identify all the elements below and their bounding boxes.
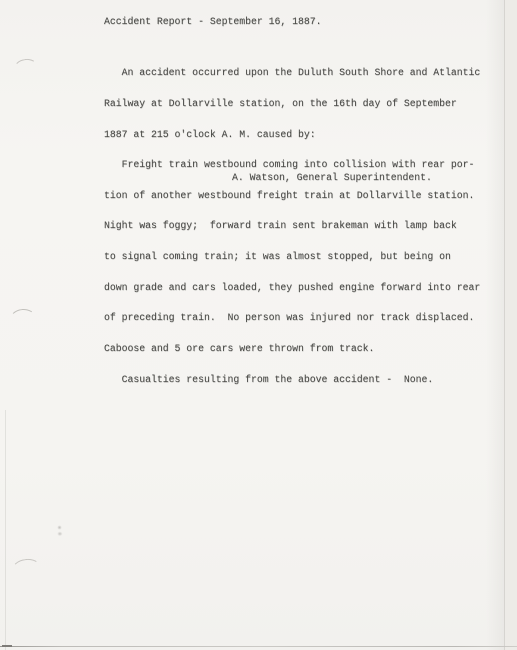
scan-edge-bottom-line	[0, 646, 517, 647]
body-line: Railway at Dollarville station, on the 1…	[104, 99, 480, 109]
scanned-document-page: Accident Report - September 16, 1887. An…	[0, 0, 517, 650]
body-line: tion of another westbound freight train …	[104, 191, 480, 201]
body-line: Caboose and 5 ore cars were thrown from …	[104, 344, 480, 354]
scan-edge-bottom-dash	[2, 645, 12, 647]
signature-line: A. Watson, General Superintendent.	[232, 172, 432, 183]
scan-edge-left-streak	[5, 410, 6, 650]
scan-margin-right	[505, 0, 517, 650]
paper-curl-mark-top	[13, 57, 39, 78]
paper-curl-mark-bottom	[11, 557, 42, 580]
body-line: An accident occurred upon the Duluth Sou…	[104, 68, 480, 78]
body-line: Casualties resulting from the above acci…	[104, 375, 480, 385]
body-line: Night was foggy; forward train sent brak…	[104, 221, 480, 231]
paper-edge-shadow	[486, 0, 504, 650]
body-line: down grade and cars loaded, they pushed …	[104, 283, 480, 293]
report-body: An accident occurred upon the Duluth Sou…	[104, 48, 480, 405]
body-line: of preceding train. No person was injure…	[104, 313, 480, 323]
body-line: 1887 at 215 o'clock A. M. caused by:	[104, 130, 480, 140]
report-title: Accident Report - September 16, 1887.	[104, 16, 322, 27]
paper-curl-mark-middle	[9, 308, 37, 330]
body-line: Freight train westbound coming into coll…	[104, 160, 480, 170]
body-line: to signal coming train; it was almost st…	[104, 252, 480, 262]
ink-smudge	[56, 524, 63, 538]
